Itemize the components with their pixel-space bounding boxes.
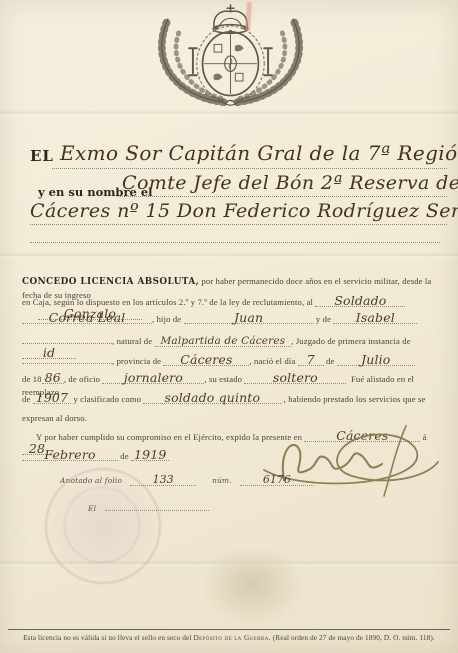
- blank-field: [22, 354, 112, 364]
- ruled-line: [52, 168, 447, 169]
- ruled-line: [30, 242, 440, 243]
- concedo-heading: CONCEDO LICENCIA ABSOLUTA,: [22, 277, 199, 287]
- printed-text: , habiendo prestado los servicios que se: [281, 394, 425, 404]
- folio-handwriting: 133: [130, 475, 196, 486]
- printed-text: de: [118, 451, 131, 461]
- document-page: EL Exmo Sor Capitán Gral de la 7ª Región…: [0, 0, 458, 653]
- body-line: de 1907 y clasificado como soldado quint…: [22, 393, 447, 406]
- footer-text-smallcaps: Depósito de la Guerra.: [193, 633, 270, 642]
- printed-text: , Juzgado de primera instancia de: [291, 336, 413, 346]
- province-handwriting: Cáceres: [163, 355, 249, 366]
- body-line: Correa Leal, hijo de Juan y de Isabel: [22, 313, 447, 326]
- el-row: El: [88, 498, 209, 516]
- ruled-line: [118, 196, 447, 197]
- birthplace-handwriting: Malpartida de Cáceres: [155, 336, 292, 347]
- blank-field: [22, 334, 112, 344]
- registry-row: Anotado al folio 133 núm. 6176: [60, 470, 314, 488]
- printed-text: , nació el día: [249, 356, 297, 366]
- authority-handwriting: Exmo Sor Capitán Gral de la 7ª Región: [60, 141, 458, 165]
- el-label: El: [88, 504, 96, 513]
- birth-month-handwriting: Julio: [337, 355, 415, 366]
- footer-text-post: (Real orden de 27 de mayo de 1890, D. O.…: [271, 633, 435, 642]
- paper-watermark: [205, 552, 300, 624]
- unit-handwriting: Cáceres nº 15 Don Federico Rodríguez Ser…: [30, 200, 458, 222]
- surname-handwriting: Correa Leal: [22, 313, 152, 324]
- rank-handwriting: Soldado: [315, 296, 405, 307]
- printed-text: de: [324, 356, 337, 366]
- body-line: , provincia de Cáceres, nació el día 7 d…: [22, 354, 447, 368]
- delegate-handwriting: Comte Jefe del Bón 2ª Reserva de: [122, 172, 458, 194]
- paper-crease: [0, 252, 458, 259]
- header-el-label: EL: [30, 147, 54, 165]
- footer-note: Esta licencia no es válida si no lleva e…: [8, 629, 450, 642]
- registry-number-handwriting: 6176: [240, 475, 314, 486]
- printed-text: , de oficio: [64, 374, 103, 384]
- printed-text: , su estado: [204, 374, 244, 384]
- issue-year-handwriting: 1919: [131, 450, 169, 461]
- classification-handwriting: soldado quinto: [143, 393, 281, 404]
- draft-year-handwriting: 1907: [33, 393, 71, 404]
- anotado-label: Anotado al folio: [60, 476, 122, 485]
- printed-text: y de: [314, 314, 334, 324]
- signature-rubric: [256, 418, 446, 503]
- printed-text: de: [22, 394, 33, 404]
- birth-year-handwriting: 86: [42, 373, 64, 384]
- paper-crease: [0, 560, 458, 567]
- printed-text: expresan al dorso.: [22, 413, 87, 423]
- printed-text: y clasificado como: [71, 394, 143, 404]
- birth-day-handwriting: 7: [298, 355, 324, 366]
- ruled-line: [30, 224, 447, 225]
- paper-crease: [0, 110, 458, 117]
- footer-text-pre: Esta licencia no es válida si no lleva e…: [23, 633, 193, 642]
- printed-text: , provincia de: [112, 356, 163, 366]
- printed-text: de 18: [22, 374, 42, 384]
- issue-month-handwriting: Febrero: [22, 450, 118, 461]
- blank-field: [105, 501, 209, 511]
- mother-name-handwriting: Isabel: [333, 313, 417, 324]
- printed-text: , natural de: [112, 336, 155, 346]
- father-name-handwriting: Juan: [184, 313, 314, 324]
- marital-status-handwriting: soltero: [244, 373, 346, 384]
- coat-of-arms-icon: [128, 2, 333, 108]
- trade-handwriting: jornalero: [102, 373, 204, 384]
- num-label: núm.: [212, 476, 232, 485]
- printed-text: , hijo de: [152, 314, 184, 324]
